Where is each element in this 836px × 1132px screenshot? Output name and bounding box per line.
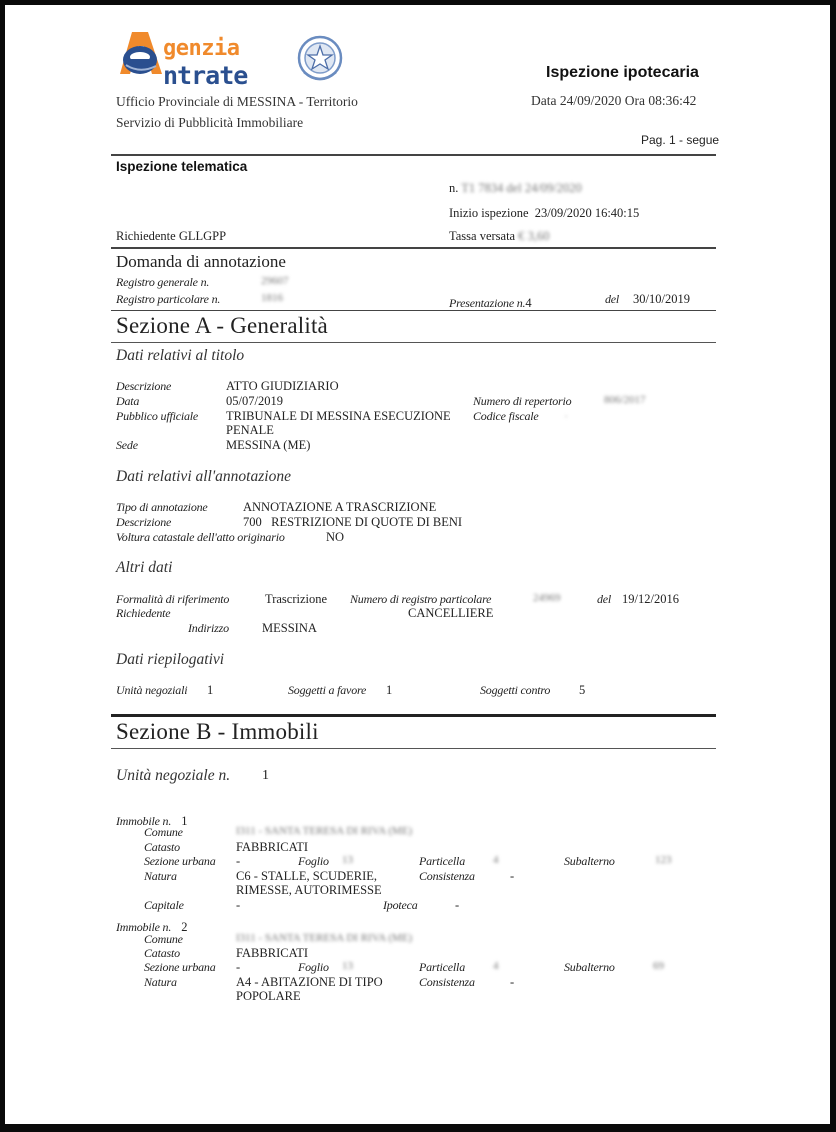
divider [111, 154, 716, 156]
pubblico-ufficiale-value: TRIBUNALE DI MESSINA ESECUZIONE [226, 409, 451, 424]
immobile-1-comune-value: I311 - SANTA TERESA DI RIVA (ME) [236, 825, 412, 837]
immobile-1-particella-label: Particella [419, 854, 465, 869]
unita-negoziale-label: Unità negoziale n. [116, 767, 230, 785]
tipo-annotazione-value: ANNOTAZIONE A TRASCRIZIONE [243, 500, 436, 515]
immobile-1-capitale-label: Capitale [144, 898, 184, 913]
domanda-del-label: del [605, 292, 619, 307]
altri-richiedente-label: Richiedente [116, 606, 170, 621]
formalita-label: Formalità di riferimento [116, 592, 229, 607]
indirizzo-label: Indirizzo [188, 621, 229, 636]
section-a-title: Sezione A - Generalità [116, 313, 328, 339]
immobile-2-catasto-value: FABBRICATI [236, 946, 308, 961]
divider [111, 247, 716, 249]
sede-label: Sede [116, 438, 138, 453]
immobile-2-natura-value-cont: POPOLARE [236, 989, 301, 1004]
numero-registro-value: 24969 [533, 592, 561, 604]
soggetti-favore-value: 1 [386, 683, 392, 698]
numero-registro-label: Numero di registro particolare [350, 592, 491, 607]
altri-del-label: del [597, 592, 611, 607]
page-indicator: Pag. 1 - segue [641, 133, 719, 147]
immobile-2-subalterno-value: 69 [653, 960, 664, 972]
requester: Richiedente GLLGPP [116, 229, 226, 244]
formalita-value: Trascrizione [265, 592, 327, 607]
immobile-2-foglio-value: 13 [342, 960, 353, 972]
annotazione-descrizione-value: 700 RESTRIZIONE DI QUOTE DI BENI [243, 515, 462, 530]
pubblico-ufficiale-label: Pubblico ufficiale [116, 409, 198, 424]
immobile-2-consistenza-label: Consistenza [419, 975, 475, 990]
reg-particolare-label: Registro particolare n. [116, 292, 220, 307]
soggetti-contro-value: 5 [579, 683, 585, 698]
immobile-1-sezione-label: Sezione urbana [144, 854, 216, 869]
immobile-2-consistenza-value: - [510, 975, 514, 990]
inspection-number: n. T1 7834 del 24/09/2020 [449, 181, 582, 196]
date-time-line: Data 24/09/2020 Ora 08:36:42 [531, 93, 696, 109]
annotazione-subtitle: Dati relativi all'annotazione [116, 468, 291, 486]
pubblico-ufficiale-value-cont: PENALE [226, 423, 274, 438]
immobile-2-natura-value: A4 - ABITAZIONE DI TIPO [236, 975, 383, 990]
immobile-2-natura-label: Natura [144, 975, 177, 990]
immobile-1-natura-value: C6 - STALLE, SCUDERIE, [236, 869, 377, 884]
immobile-2-subalterno-label: Subalterno [564, 960, 615, 975]
inspection-start: Inizio ispezione 23/09/2020 16:40:15 [449, 206, 639, 221]
immobile-1-comune-label: Comune [144, 825, 183, 840]
section-b-title: Sezione B - Immobili [116, 719, 319, 745]
altri-del-value: 19/12/2016 [622, 592, 679, 607]
titolo-data-label: Data [116, 394, 139, 409]
codice-fiscale-label: Codice fiscale [473, 409, 539, 424]
unita-negoziali-value: 1 [207, 683, 213, 698]
immobile-1-subalterno-label: Subalterno [564, 854, 615, 869]
fee-paid: Tassa versata € 3,60 [449, 229, 549, 244]
immobile-1-subalterno-value: 123 [655, 854, 672, 866]
immobile-1-natura-value-cont: RIMESSE, AUTORIMESSE [236, 883, 382, 898]
immobile-1-catasto-value: FABBRICATI [236, 840, 308, 855]
immobile-1-sezione-value: - [236, 854, 240, 869]
domanda-title: Domanda di annotazione [116, 252, 286, 272]
repertorio-value: 806/2017 [604, 394, 646, 406]
titolo-descrizione-label: Descrizione [116, 379, 171, 394]
immobile-1-natura-label: Natura [144, 869, 177, 884]
voltura-label: Voltura catastale dell'atto originario [116, 530, 285, 545]
immobile-2-comune-label: Comune [144, 932, 183, 947]
immobile-1-catasto-label: Catasto [144, 840, 180, 855]
indirizzo-value: MESSINA [262, 621, 317, 636]
immobile-2-sezione-value: - [236, 960, 240, 975]
immobile-1-consistenza-label: Consistenza [419, 869, 475, 884]
immobile-1-foglio-value: 13 [342, 854, 353, 866]
immobile-2-sezione-label: Sezione urbana [144, 960, 216, 975]
repertorio-label: Numero di repertorio [473, 394, 571, 409]
reg-generale-value: 29607 [261, 275, 289, 287]
immobile-2-catasto-label: Catasto [144, 946, 180, 961]
immobile-1-consistenza-value: - [510, 869, 514, 884]
divider [111, 342, 716, 343]
document-title: Ispezione ipotecaria [546, 64, 699, 82]
divider [111, 714, 716, 717]
codice-fiscale-value: . [565, 409, 567, 419]
reg-generale-label: Registro generale n. [116, 275, 209, 290]
unita-negoziali-label: Unità negoziali [116, 683, 187, 698]
service-line: Servizio di Pubblicità Immobiliare [116, 115, 303, 131]
soggetti-favore-label: Soggetti a favore [288, 683, 366, 698]
logo-text-agenzia: genzia [163, 36, 239, 61]
immobile-1-ipoteca-label: Ipoteca [383, 898, 418, 913]
inspection-title: Ispezione telematica [116, 159, 247, 174]
tipo-annotazione-label: Tipo di annotazione [116, 500, 208, 515]
riepilogo-subtitle: Dati riepilogativi [116, 651, 224, 669]
sede-value: MESSINA (ME) [226, 438, 310, 453]
immobile-2-particella-value: 4 [493, 960, 499, 972]
immobile-1-foglio-label: Foglio [298, 854, 329, 869]
voltura-value: NO [326, 530, 344, 545]
domanda-del-value: 30/10/2019 [633, 292, 690, 307]
immobile-2-foglio-label: Foglio [298, 960, 329, 975]
titolo-data-value: 05/07/2019 [226, 394, 283, 409]
titolo-descrizione-value: ATTO GIUDIZIARIO [226, 379, 339, 394]
logo-text-entrate: ntrate [163, 61, 247, 90]
immobile-1-ipoteca-value: - [455, 898, 459, 913]
immobile-1-particella-value: 4 [493, 854, 499, 866]
titolo-subtitle: Dati relativi al titolo [116, 347, 244, 365]
italian-republic-emblem-icon [296, 34, 344, 86]
reg-particolare-value: 1816 [261, 292, 283, 304]
soggetti-contro-label: Soggetti contro [480, 683, 550, 698]
altri-dati-subtitle: Altri dati [116, 559, 172, 577]
agenzia-entrate-logo-icon [118, 30, 164, 76]
divider [111, 310, 716, 311]
unita-negoziale-value: 1 [262, 768, 269, 784]
altri-richiedente-value: CANCELLIERE [408, 606, 493, 621]
office-line: Ufficio Provinciale di MESSINA - Territo… [116, 94, 358, 110]
divider [111, 748, 716, 749]
presentazione: Presentazione n.4 [449, 292, 532, 311]
immobile-2-comune-value: I311 - SANTA TERESA DI RIVA (ME) [236, 932, 412, 944]
immobile-1-capitale-value: - [236, 898, 240, 913]
annotazione-descrizione-label: Descrizione [116, 515, 171, 530]
immobile-2-particella-label: Particella [419, 960, 465, 975]
